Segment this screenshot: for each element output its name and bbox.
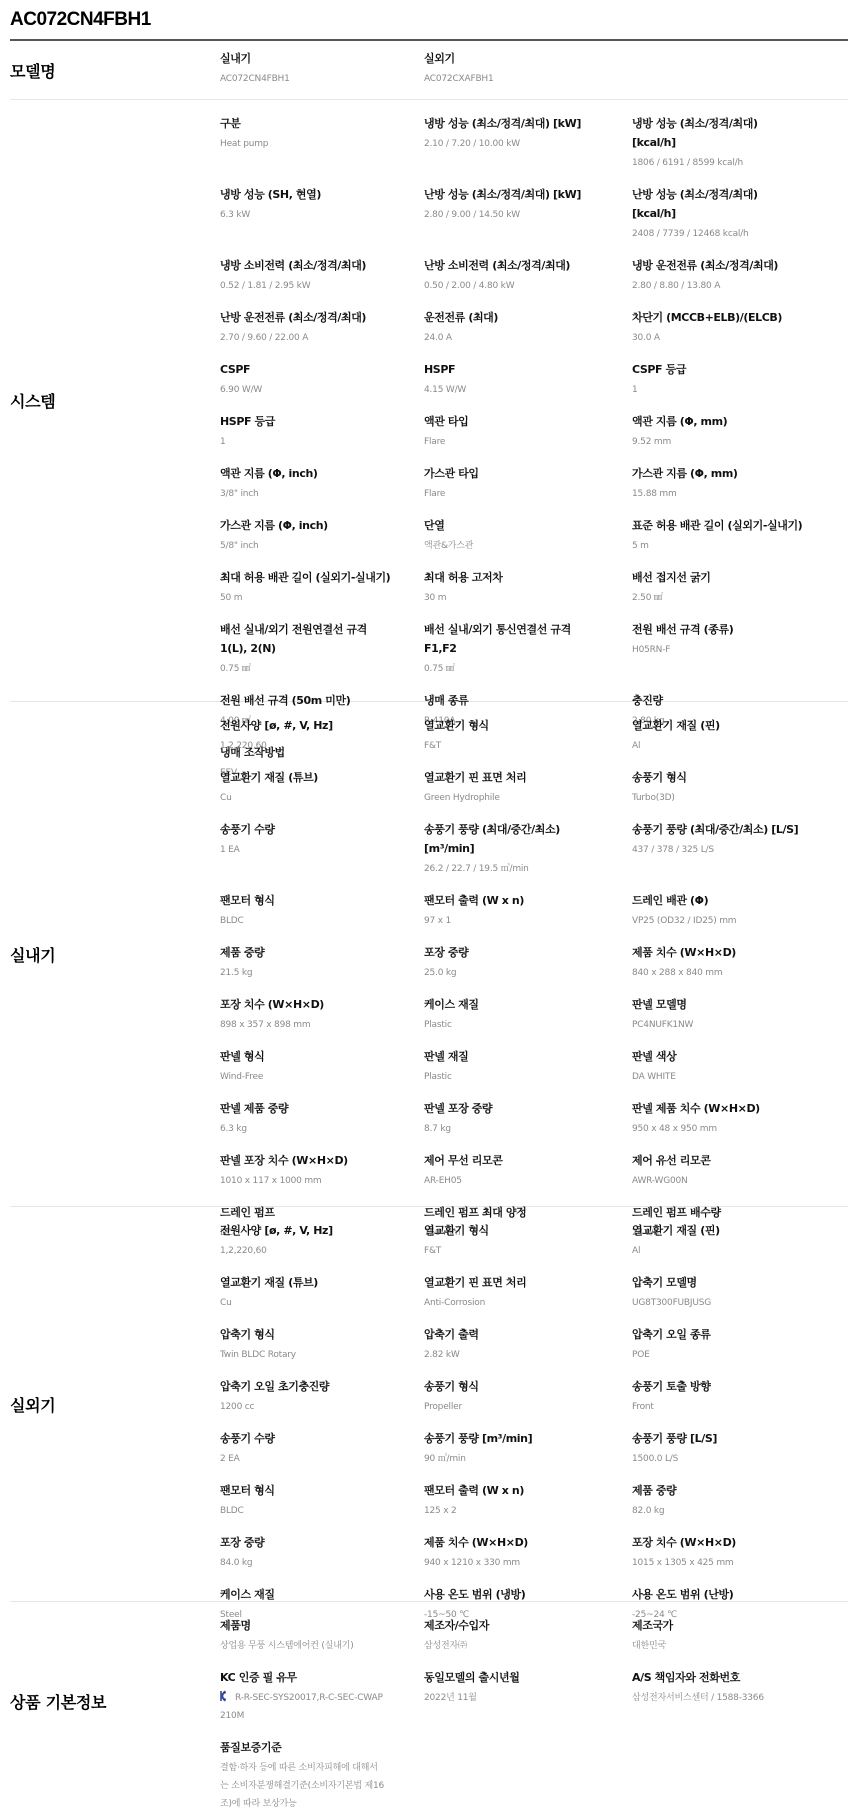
spec-label: 열교환기 재질 (튜브) (220, 768, 424, 787)
spec-item: 압축기 모델명UG8T300FUBJUSG (632, 1267, 848, 1319)
spec-item: 열교환기 재질 (핀)Al (632, 1215, 848, 1267)
spec-label: 냉방 성능 (최소/정격/최대) [kcal/h] (632, 114, 792, 152)
section-label: 실외기 (10, 1207, 220, 1601)
spec-value: 5 m (632, 537, 848, 555)
spec-item: 판넬 색상DA WHITE (632, 1041, 848, 1093)
spec-item: 포장 치수 (W×H×D)898 x 357 x 898 mm (220, 989, 424, 1041)
spec-item: CSPF 등급1 (632, 354, 848, 406)
spec-item: 압축기 오일 초기충진량1200 cc (220, 1371, 424, 1423)
spec-value: Green Hydrophile (424, 789, 632, 807)
spec-item: 드레인 배관 (Φ)VP25 (OD32 / ID25) mm (632, 885, 848, 937)
kc-cert-number: R-R-SEC-SYS20017,R-C-SEC-CWAP210M (220, 1693, 383, 1721)
spec-label: 열교환기 핀 표면 처리 (424, 768, 632, 787)
spec-value: 결함·하자 등에 따른 소비자피해에 대해서는 소비자분쟁해결기준(소비자기본법… (220, 1759, 385, 1813)
spec-label: 배선 접지선 굵기 (632, 568, 848, 587)
spec-item: 압축기 오일 종류POE (632, 1319, 848, 1371)
spec-label: 제품 치수 (W×H×D) (632, 943, 848, 962)
spec-value: 1,2,220,60 (220, 737, 424, 755)
spec-label: 제조국가 (632, 1616, 848, 1635)
spec-item: 송풍기 형식Turbo(3D) (632, 762, 848, 814)
spec-value: Plastic (424, 1068, 632, 1086)
spec-item: 액관 타입Flare (424, 406, 632, 458)
spec-item: 포장 중량84.0 kg (220, 1527, 424, 1579)
spec-item: 판넬 포장 치수 (W×H×D)1010 x 117 x 1000 mm (220, 1145, 424, 1197)
spec-label: 포장 치수 (W×H×D) (632, 1533, 848, 1552)
spec-item: 전원사양 [ø, #, V, Hz]1,2,220,60 (220, 710, 424, 762)
spec-label: 구분 (220, 114, 424, 133)
spec-value: 5/8" inch (220, 537, 424, 555)
spec-value: 대한민국 (632, 1637, 848, 1655)
spec-value: H05RN-F (632, 641, 848, 659)
spec-value: 6.3 kg (220, 1120, 424, 1138)
spec-value: 2.82 kW (424, 1346, 632, 1364)
spec-item: 압축기 형식Twin BLDC Rotary (220, 1319, 424, 1371)
spec-label: HSPF (424, 360, 632, 379)
spec-value: 1 (632, 381, 848, 399)
spec-value: 24.0 A (424, 329, 632, 347)
spec-value: 1 (220, 433, 424, 451)
spec-value: 3/8" inch (220, 485, 424, 503)
spec-item: 동일모델의 출시년월2022년 11월 (424, 1662, 632, 1732)
spec-label: 압축기 오일 초기충진량 (220, 1377, 424, 1396)
spec-item: 난방 성능 (최소/정격/최대) [kcal/h]2408 / 7739 / 1… (632, 179, 848, 250)
spec-label: HSPF 등급 (220, 412, 424, 431)
spec-label: 단열 (424, 516, 632, 535)
section-label: 실내기 (10, 702, 220, 1206)
spec-item: 제품 중량21.5 kg (220, 937, 424, 989)
spec-value: Twin BLDC Rotary (220, 1346, 424, 1364)
spec-item: 제품 치수 (W×H×D)940 x 1210 x 330 mm (424, 1527, 632, 1579)
spec-label: 액관 지름 (Φ, mm) (632, 412, 848, 431)
spec-item: 단열액관&가스관 (424, 510, 632, 562)
spec-label: 판넬 재질 (424, 1047, 632, 1066)
spec-label: 동일모델의 출시년월 (424, 1668, 632, 1687)
spec-item: 압축기 출력2.82 kW (424, 1319, 632, 1371)
spec-label: 표준 허용 배관 길이 (실외기-실내기) (632, 516, 848, 535)
spec-value: 1015 x 1305 x 425 mm (632, 1554, 848, 1572)
spec-label: 송풍기 수량 (220, 820, 424, 839)
spec-value: 1200 cc (220, 1398, 424, 1416)
spec-item: 열교환기 재질 (핀)Al (632, 710, 848, 762)
spec-item: 난방 운전전류 (최소/정격/최대)2.70 / 9.60 / 22.00 A (220, 302, 424, 354)
spec-label: 전원사양 [ø, #, V, Hz] (220, 716, 424, 735)
spec-item: 품질보증기준결함·하자 등에 따른 소비자피해에 대해서는 소비자분쟁해결기준(… (220, 1732, 424, 1820)
spec-item: 냉방 성능 (SH, 현열)6.3 kW (220, 179, 424, 250)
spec-label: 냉방 소비전력 (최소/정격/최대) (220, 256, 424, 275)
spec-label: 팬모터 출력 (W x n) (424, 891, 632, 910)
spec-label: 제품명 (220, 1616, 424, 1635)
spec-value: 상업용 무풍 시스템에어컨 (실내기) (220, 1637, 424, 1655)
kc-mark-icon (220, 1690, 231, 1702)
spec-label: KC 인증 필 유무 (220, 1668, 424, 1687)
spec-item: 케이스 재질Plastic (424, 989, 632, 1041)
spec-label: 제품 중량 (632, 1481, 848, 1500)
spec-value: 삼성전자㈜ (424, 1637, 632, 1655)
spec-value: BLDC (220, 1502, 424, 1520)
spec-label: 배선 실내/외기 전원연결선 규격 1(L), 2(N) (220, 620, 395, 658)
spec-label: 압축기 오일 종류 (632, 1325, 848, 1344)
spec-item: 팬모터 형식BLDC (220, 885, 424, 937)
spec-value: AC072CXAFBH1 (424, 70, 632, 88)
spec-value: 6.3 kW (220, 206, 424, 224)
spec-label: 액관 지름 (Φ, inch) (220, 464, 424, 483)
spec-value: Anti-Corrosion (424, 1294, 632, 1312)
spec-item: 판넬 제품 치수 (W×H×D)950 x 48 x 950 mm (632, 1093, 848, 1145)
spec-label: 송풍기 형식 (632, 768, 848, 787)
spec-label: 압축기 형식 (220, 1325, 424, 1344)
spec-label: 송풍기 수량 (220, 1429, 424, 1448)
section-indoor-unit: 실내기 전원사양 [ø, #, V, Hz]1,2,220,60열교환기 형식F… (10, 702, 848, 1207)
spec-item: KC 인증 필 유무R-R-SEC-SYS20017,R-C-SEC-CWAP2… (220, 1662, 424, 1732)
spec-value: Cu (220, 789, 424, 807)
spec-label: 포장 중량 (424, 943, 632, 962)
spec-item: 난방 성능 (최소/정격/최대) [kW]2.80 / 9.00 / 14.50… (424, 179, 632, 250)
spec-value: 15.88 mm (632, 485, 848, 503)
spec-value: 26.2 / 22.7 / 19.5 ㎥/min (424, 860, 632, 878)
spec-label: 송풍기 풍량 [m³/min] (424, 1429, 632, 1448)
spec-item: A/S 책임자와 전화번호삼성전자서비스센터 / 1588-3366 (632, 1662, 848, 1732)
spec-item: 포장 중량25.0 kg (424, 937, 632, 989)
spec-value: Al (632, 737, 848, 755)
spec-value: 1500.0 L/S (632, 1450, 848, 1468)
section-label: 시스템 (10, 100, 220, 701)
spec-item: 가스관 지름 (Φ, mm)15.88 mm (632, 458, 848, 510)
spec-label: 최대 허용 고저차 (424, 568, 632, 587)
spec-label: 난방 운전전류 (최소/정격/최대) (220, 308, 424, 327)
spec-item: 열교환기 재질 (튜브)Cu (220, 762, 424, 814)
spec-label: 가스관 타입 (424, 464, 632, 483)
spec-value: AWR-WG00N (632, 1172, 848, 1190)
spec-label: 판넬 제품 치수 (W×H×D) (632, 1099, 848, 1118)
spec-label: 포장 중량 (220, 1533, 424, 1552)
spec-label: 판넬 포장 중량 (424, 1099, 632, 1118)
spec-value: 950 x 48 x 950 mm (632, 1120, 848, 1138)
spec-label: 송풍기 토출 방향 (632, 1377, 848, 1396)
spec-item: 제품 치수 (W×H×D)840 x 288 x 840 mm (632, 937, 848, 989)
spec-value: 1 EA (220, 841, 424, 859)
spec-item: 열교환기 핀 표면 처리Anti-Corrosion (424, 1267, 632, 1319)
spec-value: 30 m (424, 589, 632, 607)
spec-item: 판넬 제품 중량6.3 kg (220, 1093, 424, 1145)
spec-label: 송풍기 형식 (424, 1377, 632, 1396)
spec-item: 최대 허용 배관 길이 (실외기-실내기)50 m (220, 562, 424, 614)
spec-label: 팬모터 출력 (W x n) (424, 1481, 632, 1500)
spec-item: 제품 중량82.0 kg (632, 1475, 848, 1527)
spec-value: 30.0 A (632, 329, 848, 347)
spec-item: 표준 허용 배관 길이 (실외기-실내기)5 m (632, 510, 848, 562)
spec-item: 송풍기 수량1 EA (220, 814, 424, 885)
spec-value: 2408 / 7739 / 12468 kcal/h (632, 225, 848, 243)
spec-label: 냉방 성능 (최소/정격/최대) [kW] (424, 114, 632, 133)
spec-label: 열교환기 재질 (핀) (632, 716, 848, 735)
spec-value: Al (632, 1242, 848, 1260)
spec-label: 전원사양 [ø, #, V, Hz] (220, 1221, 424, 1240)
spec-label: 품질보증기준 (220, 1738, 424, 1757)
spec-label: 판넬 포장 치수 (W×H×D) (220, 1151, 424, 1170)
section-outdoor-unit: 실외기 전원사양 [ø, #, V, Hz]1,2,220,60열교환기 형식F… (10, 1207, 848, 1602)
spec-label: 운전전류 (최대) (424, 308, 632, 327)
spec-value: Flare (424, 433, 632, 451)
spec-value: 4.15 W/W (424, 381, 632, 399)
spec-label: 케이스 재질 (424, 995, 632, 1014)
spec-item: 액관 지름 (Φ, inch)3/8" inch (220, 458, 424, 510)
spec-item: 냉방 성능 (최소/정격/최대) [kcal/h]1806 / 6191 / 8… (632, 108, 848, 179)
spec-value: 1,2,220,60 (220, 1242, 424, 1260)
spec-value: BLDC (220, 912, 424, 930)
spec-item: 배선 실내/외기 통신연결선 규격 F1,F20.75 ㎟ (424, 614, 632, 685)
spec-item: 판넬 포장 중량8.7 kg (424, 1093, 632, 1145)
spec-item: 가스관 타입Flare (424, 458, 632, 510)
spec-label: 제어 무선 리모콘 (424, 1151, 632, 1170)
spec-item: 최대 허용 고저차30 m (424, 562, 632, 614)
spec-label: CSPF (220, 360, 424, 379)
spec-label: 판넬 형식 (220, 1047, 424, 1066)
spec-label: 제어 유선 리모콘 (632, 1151, 848, 1170)
spec-value: 437 / 378 / 325 L/S (632, 841, 848, 859)
page-title: AC072CN4FBH1 (10, 0, 848, 39)
spec-item: 액관 지름 (Φ, mm)9.52 mm (632, 406, 848, 458)
spec-item: 송풍기 형식Propeller (424, 1371, 632, 1423)
spec-value: 97 x 1 (424, 912, 632, 930)
spec-label: 최대 허용 배관 길이 (실외기-실내기) (220, 568, 424, 587)
spec-item: 열교환기 재질 (튜브)Cu (220, 1267, 424, 1319)
spec-value: Front (632, 1398, 848, 1416)
spec-item: 운전전류 (최대)24.0 A (424, 302, 632, 354)
spec-item: 판넬 형식Wind-Free (220, 1041, 424, 1093)
spec-value: 82.0 kg (632, 1502, 848, 1520)
spec-value: POE (632, 1346, 848, 1364)
spec-item: 판넬 모델명PC4NUFK1NW (632, 989, 848, 1041)
spec-label: 열교환기 재질 (핀) (632, 1221, 848, 1240)
spec-item: 난방 소비전력 (최소/정격/최대)0.50 / 2.00 / 4.80 kW (424, 250, 632, 302)
spec-item: 제어 유선 리모콘AWR-WG00N (632, 1145, 848, 1197)
spec-label: 송풍기 풍량 (최대/중간/최소) [m³/min] (424, 820, 599, 858)
spec-label: 열교환기 형식 (424, 716, 632, 735)
spec-item: 냉방 성능 (최소/정격/최대) [kW]2.10 / 7.20 / 10.00… (424, 108, 632, 179)
spec-label: 압축기 출력 (424, 1325, 632, 1344)
spec-label: 난방 성능 (최소/정격/최대) [kcal/h] (632, 185, 792, 223)
spec-label: 열교환기 핀 표면 처리 (424, 1273, 632, 1292)
spec-label: 난방 성능 (최소/정격/최대) [kW] (424, 185, 632, 204)
spec-label: 냉방 성능 (SH, 현열) (220, 185, 424, 204)
spec-item: 송풍기 풍량 [m³/min]90 ㎥/min (424, 1423, 632, 1475)
spec-value: 2.80 / 9.00 / 14.50 kW (424, 206, 632, 224)
spec-item: 열교환기 형식F&T (424, 710, 632, 762)
spec-value: Wind-Free (220, 1068, 424, 1086)
spec-item: 제품명상업용 무풍 시스템에어컨 (실내기) (220, 1610, 424, 1662)
spec-value: 2.10 / 7.20 / 10.00 kW (424, 135, 632, 153)
spec-value: PC4NUFK1NW (632, 1016, 848, 1034)
spec-item: 포장 치수 (W×H×D)1015 x 1305 x 425 mm (632, 1527, 848, 1579)
spec-item: 실내기 AC072CN4FBH1 (220, 43, 424, 95)
spec-value: 90 ㎥/min (424, 1450, 632, 1468)
spec-item: 배선 접지선 굵기2.50 ㎟ (632, 562, 848, 614)
spec-label: 액관 타입 (424, 412, 632, 431)
spec-value: Cu (220, 1294, 424, 1312)
spec-value: 84.0 kg (220, 1554, 424, 1572)
section-label: 모델명 (10, 41, 220, 99)
spec-label: 판넬 색상 (632, 1047, 848, 1066)
spec-value: Propeller (424, 1398, 632, 1416)
spec-label: 배선 실내/외기 통신연결선 규격 F1,F2 (424, 620, 599, 658)
section-system: 시스템 구분Heat pump냉방 성능 (최소/정격/최대) [kW]2.10… (10, 100, 848, 702)
spec-value: 2.80 / 8.80 / 13.80 A (632, 277, 848, 295)
spec-page: AC072CN4FBH1 모델명 실내기 AC072CN4FBH1 실외기 AC… (0, 0, 860, 1800)
spec-value: F&T (424, 737, 632, 755)
spec-item: 송풍기 수량2 EA (220, 1423, 424, 1475)
spec-value: 2022년 11월 (424, 1689, 632, 1707)
spec-value: 2 EA (220, 1450, 424, 1468)
spec-item: 배선 실내/외기 전원연결선 규격 1(L), 2(N)0.75 ㎟ (220, 614, 424, 685)
spec-item: 송풍기 풍량 [L/S]1500.0 L/S (632, 1423, 848, 1475)
spec-value: AR-EH05 (424, 1172, 632, 1190)
spec-item: 차단기 (MCCB+ELB)/(ELCB)30.0 A (632, 302, 848, 354)
spec-item: 제조국가대한민국 (632, 1610, 848, 1662)
spec-value: Turbo(3D) (632, 789, 848, 807)
spec-value: 0.75 ㎟ (424, 660, 632, 678)
spec-label: 가스관 지름 (Φ, mm) (632, 464, 848, 483)
spec-value: 1806 / 6191 / 8599 kcal/h (632, 154, 848, 172)
spec-item: CSPF6.90 W/W (220, 354, 424, 406)
spec-item: 실외기 AC072CXAFBH1 (424, 43, 632, 95)
spec-label: 팬모터 형식 (220, 1481, 424, 1500)
spec-value: Heat pump (220, 135, 424, 153)
spec-item: HSPF4.15 W/W (424, 354, 632, 406)
spec-value: 0.52 / 1.81 / 2.95 kW (220, 277, 424, 295)
spec-label: 실내기 (220, 49, 424, 68)
spec-item: 가스관 지름 (Φ, inch)5/8" inch (220, 510, 424, 562)
spec-value: 삼성전자서비스센터 / 1588-3366 (632, 1689, 848, 1707)
spec-item: 냉방 운전전류 (최소/정격/최대)2.80 / 8.80 / 13.80 A (632, 250, 848, 302)
spec-item: HSPF 등급1 (220, 406, 424, 458)
spec-value: F&T (424, 1242, 632, 1260)
spec-value: 1010 x 117 x 1000 mm (220, 1172, 424, 1190)
spec-label: 판넬 제품 중량 (220, 1099, 424, 1118)
spec-value: Plastic (424, 1016, 632, 1034)
spec-label: A/S 책임자와 전화번호 (632, 1668, 848, 1687)
spec-item: 송풍기 풍량 (최대/중간/최소) [L/S]437 / 378 / 325 L… (632, 814, 848, 885)
spec-value: 0.75 ㎟ (220, 660, 424, 678)
spec-item: 전원 배선 규격 (종류)H05RN-F (632, 614, 848, 685)
spec-item: 전원사양 [ø, #, V, Hz]1,2,220,60 (220, 1215, 424, 1267)
spec-value: VP25 (OD32 / ID25) mm (632, 912, 848, 930)
spec-label: 드레인 배관 (Φ) (632, 891, 848, 910)
spec-value: UG8T300FUBJUSG (632, 1294, 848, 1312)
spec-value: 6.90 W/W (220, 381, 424, 399)
spec-value: 2.70 / 9.60 / 22.00 A (220, 329, 424, 347)
spec-label: 제조자/수입자 (424, 1616, 632, 1635)
spec-label: 팬모터 형식 (220, 891, 424, 910)
spec-item: 열교환기 핀 표면 처리Green Hydrophile (424, 762, 632, 814)
section-basic-info: 상품 기본정보 제품명상업용 무풍 시스템에어컨 (실내기)제조자/수입자삼성전… (10, 1602, 848, 1800)
spec-label: 제품 중량 (220, 943, 424, 962)
section-model-name: 모델명 실내기 AC072CN4FBH1 실외기 AC072CXAFBH1 (10, 41, 848, 100)
spec-item: 송풍기 풍량 (최대/중간/최소) [m³/min]26.2 / 22.7 / … (424, 814, 632, 885)
spec-label: 전원 배선 규격 (종류) (632, 620, 848, 639)
spec-value: 125 x 2 (424, 1502, 632, 1520)
spec-label: 판넬 모델명 (632, 995, 848, 1014)
spec-item: 열교환기 형식F&T (424, 1215, 632, 1267)
spec-value: 898 x 357 x 898 mm (220, 1016, 424, 1034)
spec-item: 팬모터 출력 (W x n)97 x 1 (424, 885, 632, 937)
spec-item: 구분Heat pump (220, 108, 424, 179)
spec-label: 열교환기 형식 (424, 1221, 632, 1240)
spec-value: R-R-SEC-SYS20017,R-C-SEC-CWAP210M (220, 1689, 385, 1725)
spec-item: 팬모터 출력 (W x n)125 x 2 (424, 1475, 632, 1527)
spec-item: 냉방 소비전력 (최소/정격/최대)0.52 / 1.81 / 2.95 kW (220, 250, 424, 302)
spec-label: CSPF 등급 (632, 360, 848, 379)
spec-label: 가스관 지름 (Φ, inch) (220, 516, 424, 535)
spec-item: 판넬 재질Plastic (424, 1041, 632, 1093)
spec-value: 25.0 kg (424, 964, 632, 982)
spec-item: 팬모터 형식BLDC (220, 1475, 424, 1527)
spec-value: DA WHITE (632, 1068, 848, 1086)
spec-label: 포장 치수 (W×H×D) (220, 995, 424, 1014)
spec-label: 실외기 (424, 49, 632, 68)
spec-item: 제조자/수입자삼성전자㈜ (424, 1610, 632, 1662)
spec-value: 50 m (220, 589, 424, 607)
spec-label: 냉방 운전전류 (최소/정격/최대) (632, 256, 848, 275)
spec-value: 9.52 mm (632, 433, 848, 451)
spec-item: 제어 무선 리모콘AR-EH05 (424, 1145, 632, 1197)
spec-label: 송풍기 풍량 [L/S] (632, 1429, 848, 1448)
spec-value: 8.7 kg (424, 1120, 632, 1138)
spec-label: 난방 소비전력 (최소/정격/최대) (424, 256, 632, 275)
spec-value: Flare (424, 485, 632, 503)
spec-value: 940 x 1210 x 330 mm (424, 1554, 632, 1572)
spec-value: AC072CN4FBH1 (220, 70, 424, 88)
spec-value: 840 x 288 x 840 mm (632, 964, 848, 982)
spec-label: 열교환기 재질 (튜브) (220, 1273, 424, 1292)
spec-value: 액관&가스관 (424, 537, 632, 555)
spec-label: 압축기 모델명 (632, 1273, 848, 1292)
section-label: 상품 기본정보 (10, 1602, 220, 1800)
spec-item: 송풍기 토출 방향Front (632, 1371, 848, 1423)
spec-value: 2.50 ㎟ (632, 589, 848, 607)
spec-label: 제품 치수 (W×H×D) (424, 1533, 632, 1552)
spec-label: 차단기 (MCCB+ELB)/(ELCB) (632, 308, 848, 327)
spec-label: 송풍기 풍량 (최대/중간/최소) [L/S] (632, 820, 848, 839)
spec-value: 21.5 kg (220, 964, 424, 982)
spec-value: 0.50 / 2.00 / 4.80 kW (424, 277, 632, 295)
